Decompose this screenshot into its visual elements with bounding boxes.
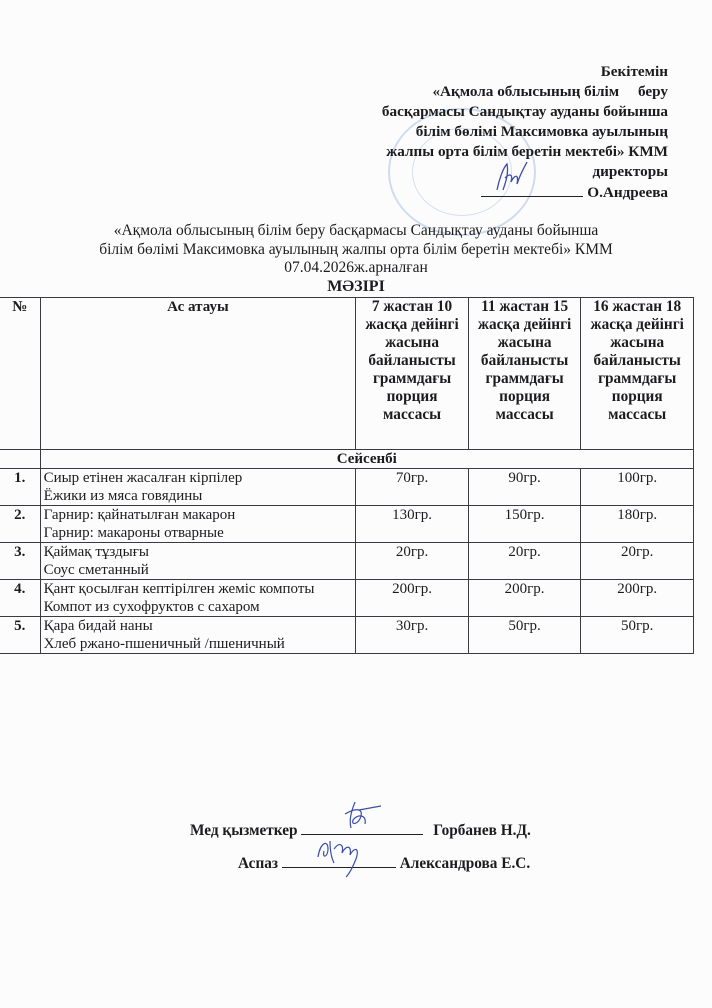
header-num: № bbox=[0, 298, 40, 450]
portion-weight: 130гр. bbox=[356, 506, 469, 543]
director-signature-icon bbox=[491, 160, 531, 194]
portion-weight: 50гр. bbox=[581, 617, 694, 654]
approval-line: жалпы орта білім беретін мектебі» КММ bbox=[288, 142, 668, 162]
signature-role: Аспаз bbox=[238, 855, 278, 872]
portion-weight: 100гр. bbox=[581, 469, 694, 506]
portion-weight: 50гр. bbox=[468, 617, 581, 654]
table-header-row: № Ас атауы 7 жастан 10 жасқа дейінгі жас… bbox=[0, 298, 694, 450]
medic-signature-icon bbox=[341, 800, 385, 834]
dish-name-ru: Ёжики из мяса говядины bbox=[44, 487, 353, 505]
approval-line: басқармасы Сандықтау ауданы бойынша bbox=[288, 102, 668, 122]
approval-line: Бекітемін bbox=[288, 62, 668, 82]
dish-name-kz: Қаймақ тұздығы bbox=[44, 543, 353, 561]
table-row: 2.Гарнир: қайнатылған макаронГарнир: мак… bbox=[0, 506, 694, 543]
cook-signature-icon bbox=[314, 835, 364, 879]
table-row: 3.Қаймақ тұздығыСоус сметанный20гр.20гр.… bbox=[0, 543, 694, 580]
signature-person: Александрова Е.С. bbox=[400, 855, 530, 872]
day-empty-cell bbox=[0, 450, 40, 469]
portion-weight: 70гр. bbox=[356, 469, 469, 506]
approval-signature: О.Андреева bbox=[288, 182, 668, 203]
portion-weight: 150гр. bbox=[468, 506, 581, 543]
dish-name-cell: Қара бидай наныХлеб ржано-пшеничный /пше… bbox=[40, 617, 356, 654]
org-line: білім бөлімі Максимовка ауылының жалпы о… bbox=[0, 241, 712, 260]
org-line: «Ақмола облысының білім беру басқармасы … bbox=[0, 222, 712, 241]
organization-header: «Ақмола облысының білім беру басқармасы … bbox=[0, 222, 712, 278]
table-row: 1.Сиыр етінен жасалған кірпілерЁжики из … bbox=[0, 469, 694, 506]
dish-name-kz: Қант қосылған кептірілген жеміс компоты bbox=[44, 580, 353, 598]
dish-name-ru: Хлеб ржано-пшеничный /пшеничный bbox=[44, 635, 353, 653]
dish-name-cell: Қант қосылған кептірілген жеміс компотыК… bbox=[40, 580, 356, 617]
row-number: 3. bbox=[0, 543, 40, 580]
menu-title: МӘЗІРІ bbox=[0, 278, 712, 296]
approval-line: білім бөлімі Максимовка ауылының bbox=[288, 122, 668, 142]
header-age-7-10: 7 жастан 10 жасқа дейінгі жасына байланы… bbox=[356, 298, 469, 450]
signature-role: Мед қызметкер bbox=[190, 822, 298, 839]
approval-line: директоры bbox=[288, 162, 668, 182]
menu-table: № Ас атауы 7 жастан 10 жасқа дейінгі жас… bbox=[0, 297, 694, 654]
header-dish-name: Ас атауы bbox=[40, 298, 356, 450]
signature-line bbox=[282, 853, 396, 868]
portion-weight: 200гр. bbox=[581, 580, 694, 617]
portion-weight: 20гр. bbox=[356, 543, 469, 580]
header-age-11-15: 11 жастан 15 жасқа дейінгі жасына байлан… bbox=[468, 298, 581, 450]
signature-line bbox=[301, 820, 423, 835]
dish-name-cell: Қаймақ тұздығыСоус сметанный bbox=[40, 543, 356, 580]
approver-name: О.Андреева bbox=[587, 184, 668, 201]
approval-block: Бекітемін «Ақмола облысының білім беру б… bbox=[288, 62, 668, 203]
dish-name-kz: Қара бидай наны bbox=[44, 617, 353, 635]
dish-name-cell: Сиыр етінен жасалған кірпілерЁжики из мя… bbox=[40, 469, 356, 506]
dish-name-kz: Гарнир: қайнатылған макарон bbox=[44, 506, 353, 524]
approval-line: «Ақмола облысының білім беру bbox=[288, 82, 668, 102]
portion-weight: 30гр. bbox=[356, 617, 469, 654]
table-row: 4.Қант қосылған кептірілген жеміс компот… bbox=[0, 580, 694, 617]
menu-date: 07.04.2026ж.арналған bbox=[0, 259, 712, 278]
day-row: Сейсенбі bbox=[0, 450, 694, 469]
portion-weight: 90гр. bbox=[468, 469, 581, 506]
signature-person: Горбанев Н.Д. bbox=[433, 822, 531, 839]
portion-weight: 200гр. bbox=[356, 580, 469, 617]
dish-name-ru: Компот из сухофруктов с сахаром bbox=[44, 598, 353, 616]
day-label: Сейсенбі bbox=[40, 450, 693, 469]
signature-line bbox=[481, 182, 583, 197]
portion-weight: 200гр. bbox=[468, 580, 581, 617]
portion-weight: 20гр. bbox=[581, 543, 694, 580]
row-number: 1. bbox=[0, 469, 40, 506]
row-number: 4. bbox=[0, 580, 40, 617]
signature-cook: Аспаз Александрова Е.С. bbox=[0, 853, 712, 873]
dish-name-ru: Соус сметанный bbox=[44, 561, 353, 579]
dish-name-cell: Гарнир: қайнатылған макаронГарнир: макар… bbox=[40, 506, 356, 543]
row-number: 2. bbox=[0, 506, 40, 543]
header-age-16-18: 16 жастан 18 жасқа дейінгі жасына байлан… bbox=[581, 298, 694, 450]
table-row: 5.Қара бидай наныХлеб ржано-пшеничный /п… bbox=[0, 617, 694, 654]
portion-weight: 180гр. bbox=[581, 506, 694, 543]
dish-name-ru: Гарнир: макароны отварные bbox=[44, 524, 353, 542]
portion-weight: 20гр. bbox=[468, 543, 581, 580]
dish-name-kz: Сиыр етінен жасалған кірпілер bbox=[44, 469, 353, 487]
row-number: 5. bbox=[0, 617, 40, 654]
